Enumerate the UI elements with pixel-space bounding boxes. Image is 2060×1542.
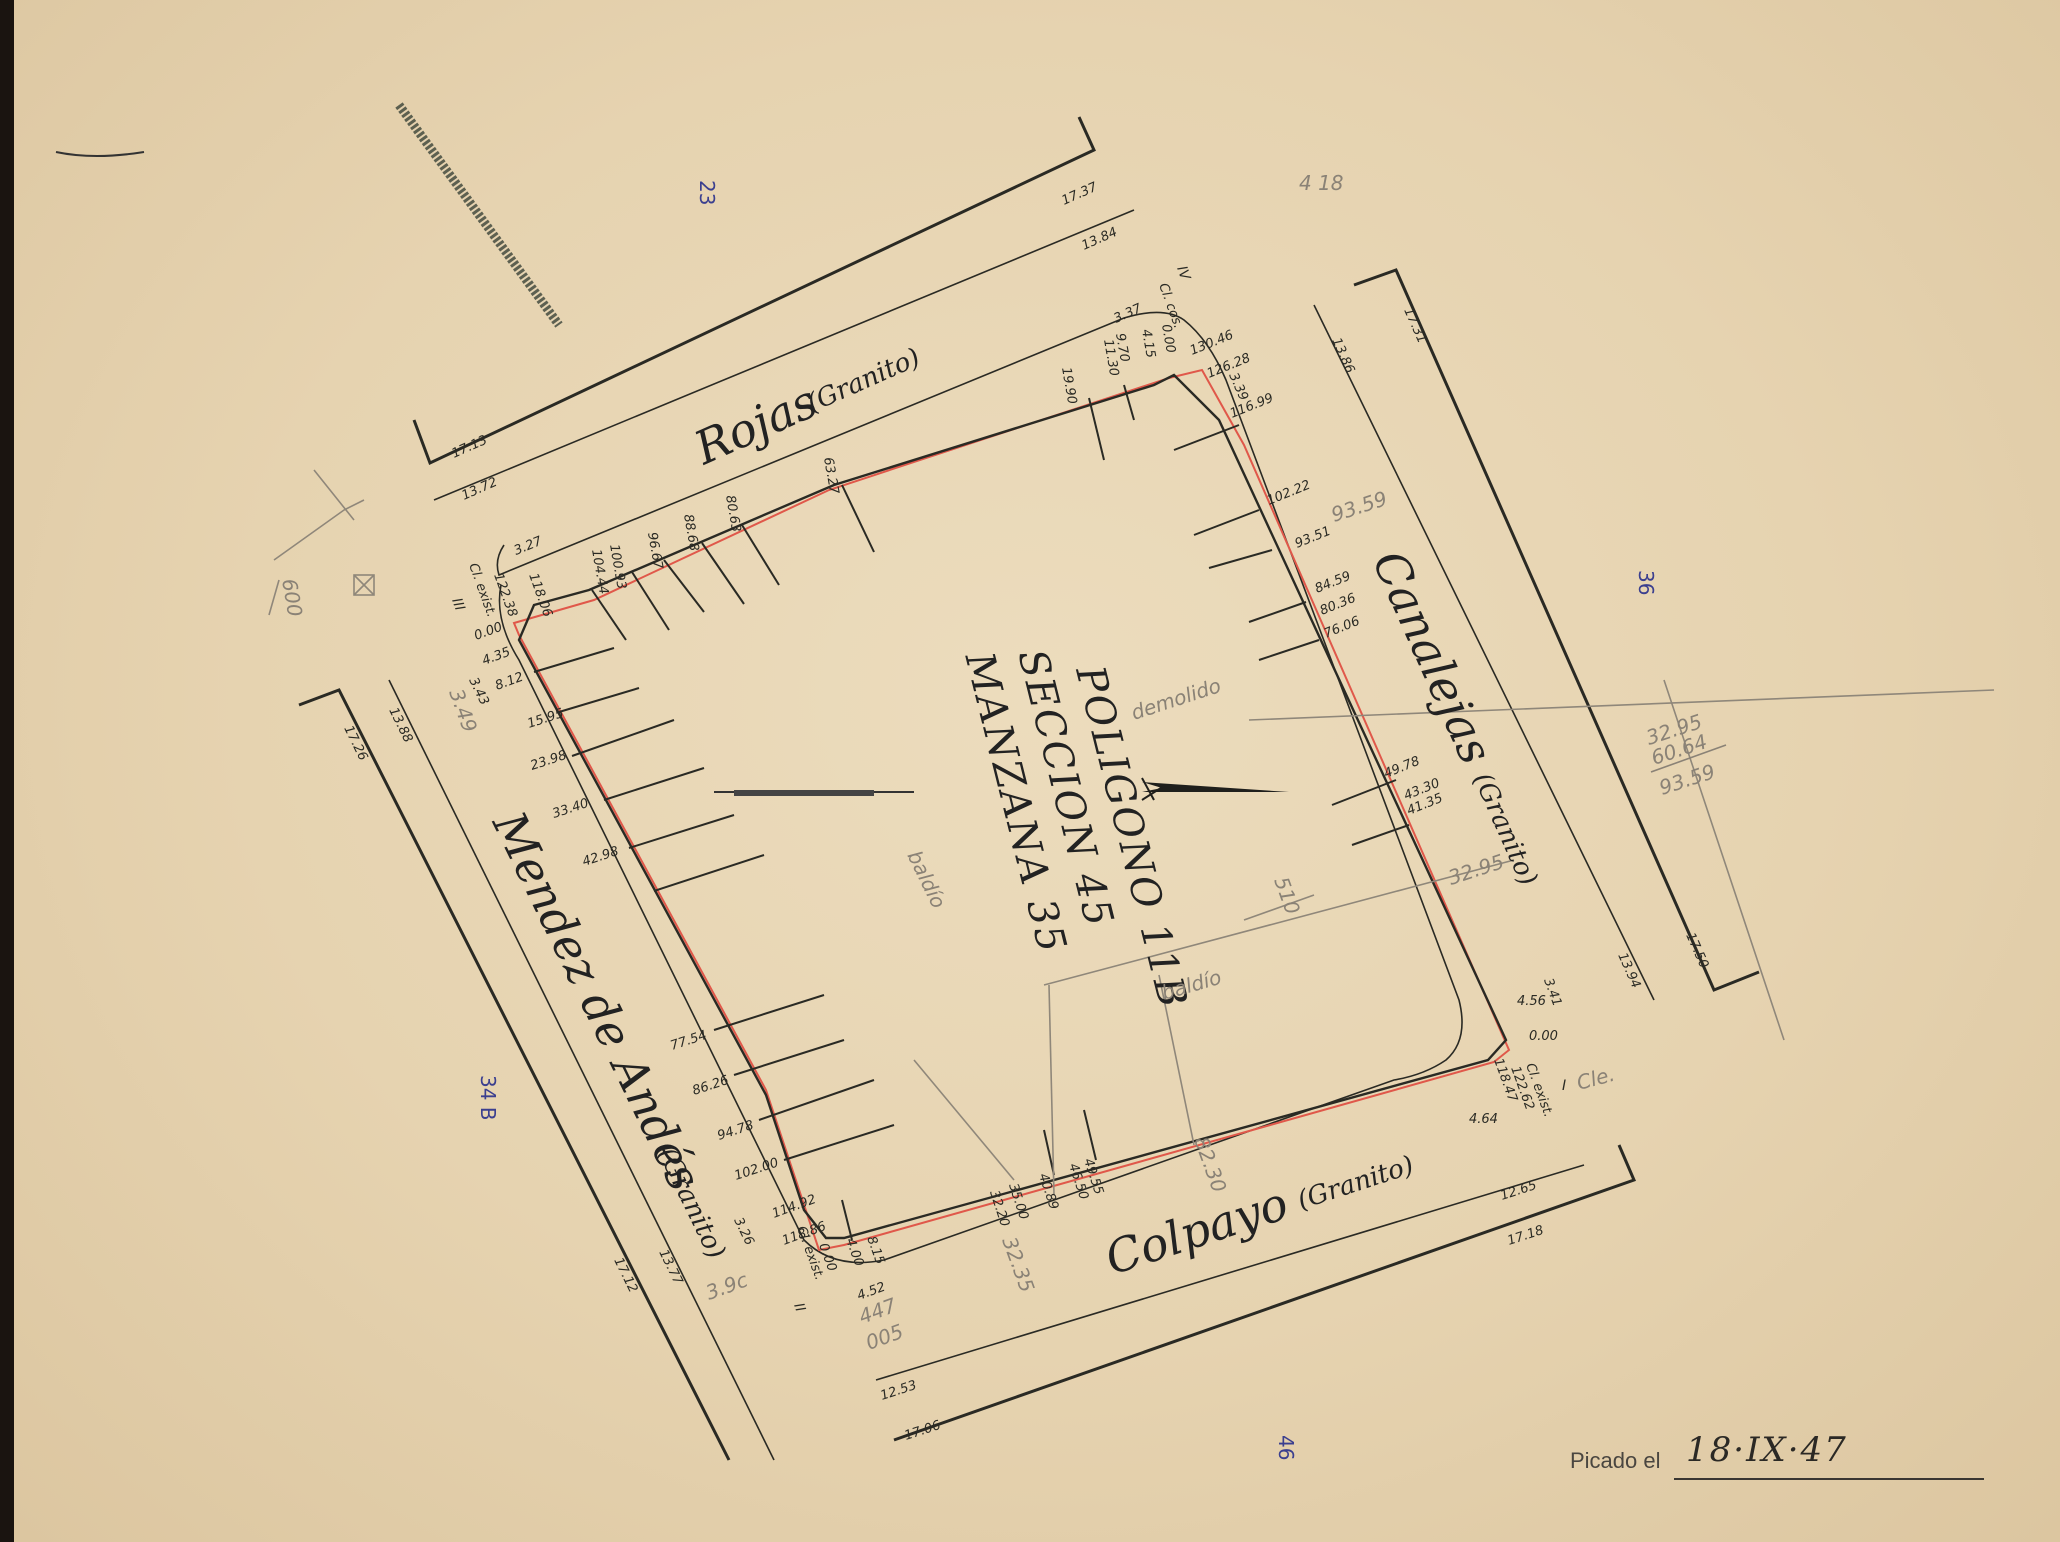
svg-text:102.22: 102.22 (1265, 478, 1313, 509)
svg-text:17.06: 17.06 (903, 1418, 943, 1444)
corner-I: Cl. exist. 122.62 118.47 4.56 0.00 3.41 … (1469, 976, 1617, 1127)
street-name-canalejas: Canalejas (1362, 543, 1504, 772)
svg-text:Cle.: Cle. (1574, 1062, 1617, 1095)
svg-text:130.46: 130.46 (1188, 328, 1236, 359)
street-name-colpayo: Colpayo (1099, 1176, 1295, 1286)
svg-text:19.90: 19.90 (1058, 366, 1079, 405)
svg-text:12.65: 12.65 (1499, 1178, 1539, 1204)
svg-text:82.30: 82.30 (1189, 1134, 1231, 1196)
svg-text:102.00: 102.00 (733, 1155, 781, 1183)
svg-text:4.64: 4.64 (1469, 1112, 1498, 1127)
svg-text:40.89: 40.89 (1035, 1172, 1061, 1212)
corner-IV: Cl. cos. 130.46 126.28 0.00 4.15 9.70 11… (1100, 264, 1253, 403)
svg-text:76.06: 76.06 (1322, 614, 1362, 642)
svg-text:8.12: 8.12 (493, 670, 525, 694)
svg-text:13.77: 13.77 (655, 1247, 685, 1288)
corner-roman-IV: IV (1173, 264, 1193, 284)
svg-text:86.26: 86.26 (691, 1073, 731, 1099)
street-surface-colpayo: (Granito) (1294, 1150, 1418, 1216)
svg-text:93.51: 93.51 (1293, 524, 1333, 552)
svg-text:23.98: 23.98 (529, 748, 569, 774)
svg-text:3.9c: 3.9c (703, 1268, 751, 1305)
pencil-notes: 32.95 60.64 93.59 93.59 32.95 demolido b… (903, 171, 1726, 1296)
corner-II: Cl. exist. 118.86 114.92 0.00 4.00 8.15 … (703, 1192, 907, 1355)
colpayo-frontage: 32.20 35.00 40.89 46.50 49.55 (986, 1157, 1106, 1229)
svg-text:4 18: 4 18 (1299, 171, 1344, 195)
svg-text:17.31: 17.31 (1400, 306, 1429, 346)
svg-text:0.00: 0.00 (1529, 1029, 1558, 1044)
svg-text:77.54: 77.54 (669, 1028, 709, 1054)
corner-III: Cl. exist. 122.38 118.06 0.00 4.35 8.12 … (277, 534, 555, 736)
svg-text:49.78: 49.78 (1382, 754, 1422, 782)
svg-text:32.35: 32.35 (997, 1234, 1039, 1296)
svg-text:17.13: 17.13 (450, 433, 490, 462)
svg-text:114.92: 114.92 (770, 1192, 818, 1222)
svg-text:13.94: 13.94 (1614, 951, 1643, 991)
corner-roman-I: I (1562, 1078, 1566, 1094)
svg-text:baldío: baldío (903, 847, 951, 912)
block-number-sw: 34 B (476, 1075, 500, 1121)
street-surface-rojas: (Granito) (803, 343, 925, 419)
svg-text:93.59: 93.59 (1328, 486, 1390, 527)
svg-text:80.63: 80.63 (722, 494, 743, 533)
map-sheet: Rojas (Granito) Canalejas (Granito) Colp… (14, 0, 2060, 1542)
block-number-ne: 36 (1634, 570, 1658, 595)
svg-text:32.95: 32.95 (1445, 849, 1507, 890)
svg-text:13.88: 13.88 (385, 705, 415, 745)
svg-text:3.39: 3.39 (1225, 371, 1250, 404)
street-name-rojas: Rojas (686, 374, 825, 476)
svg-text:17.18: 17.18 (1506, 1223, 1546, 1249)
picado-label: Picado el (1570, 1448, 1661, 1474)
svg-text:42.98: 42.98 (581, 844, 621, 870)
block-number-s: 46 (1274, 1435, 1298, 1460)
svg-text:4.35: 4.35 (480, 645, 512, 669)
svg-text:15.95: 15.95 (526, 706, 566, 732)
svg-text:3.27: 3.27 (512, 534, 545, 559)
svg-text:17.37: 17.37 (1060, 180, 1101, 209)
svg-text:0.00: 0.00 (472, 620, 504, 644)
svg-text:17.50: 17.50 (1682, 931, 1711, 971)
svg-text:demolido: demolido (1128, 673, 1224, 724)
svg-text:4.56: 4.56 (1517, 994, 1546, 1009)
svg-text:118.06: 118.06 (525, 571, 555, 619)
svg-text:96.67: 96.67 (644, 531, 665, 571)
picado-date: 18·IX·47 (1686, 1430, 1848, 1470)
svg-text:4.15: 4.15 (1138, 328, 1158, 359)
svg-text:600: 600 (277, 577, 307, 619)
svg-text:510: 510 (1269, 874, 1305, 918)
block-number-nw: 23 (695, 180, 719, 205)
block-title: POLIGONO 11B SECCION 45 MANZANA 35 (955, 622, 1196, 1039)
svg-text:80.36: 80.36 (1318, 591, 1358, 619)
svg-text:104.44: 104.44 (588, 548, 611, 595)
svg-text:4.00: 4.00 (842, 1236, 866, 1268)
svg-text:63.27: 63.27 (820, 456, 841, 496)
svg-text:94.78: 94.78 (716, 1118, 756, 1144)
svg-text:33.40: 33.40 (551, 796, 591, 822)
svg-text:Cl. exist.: Cl. exist. (465, 561, 498, 619)
svg-text:13.86: 13.86 (1328, 336, 1357, 376)
svg-text:17.26: 17.26 (340, 723, 370, 763)
svg-text:17.12: 17.12 (610, 1255, 640, 1295)
svg-text:8.15: 8.15 (863, 1234, 887, 1266)
svg-text:13.72: 13.72 (460, 475, 500, 504)
svg-text:88.68: 88.68 (680, 513, 701, 552)
svg-text:13.84: 13.84 (1080, 225, 1120, 254)
labels-layer: Rojas (Granito) Canalejas (Granito) Colp… (14, 0, 2060, 1542)
svg-text:12.53: 12.53 (879, 1378, 919, 1404)
svg-text:3.26: 3.26 (730, 1215, 756, 1248)
corner-roman-II: II (790, 1301, 808, 1314)
svg-text:3.37: 3.37 (1112, 301, 1145, 327)
corner-roman-III: III (448, 596, 467, 613)
picado-underline (1674, 1478, 1984, 1480)
